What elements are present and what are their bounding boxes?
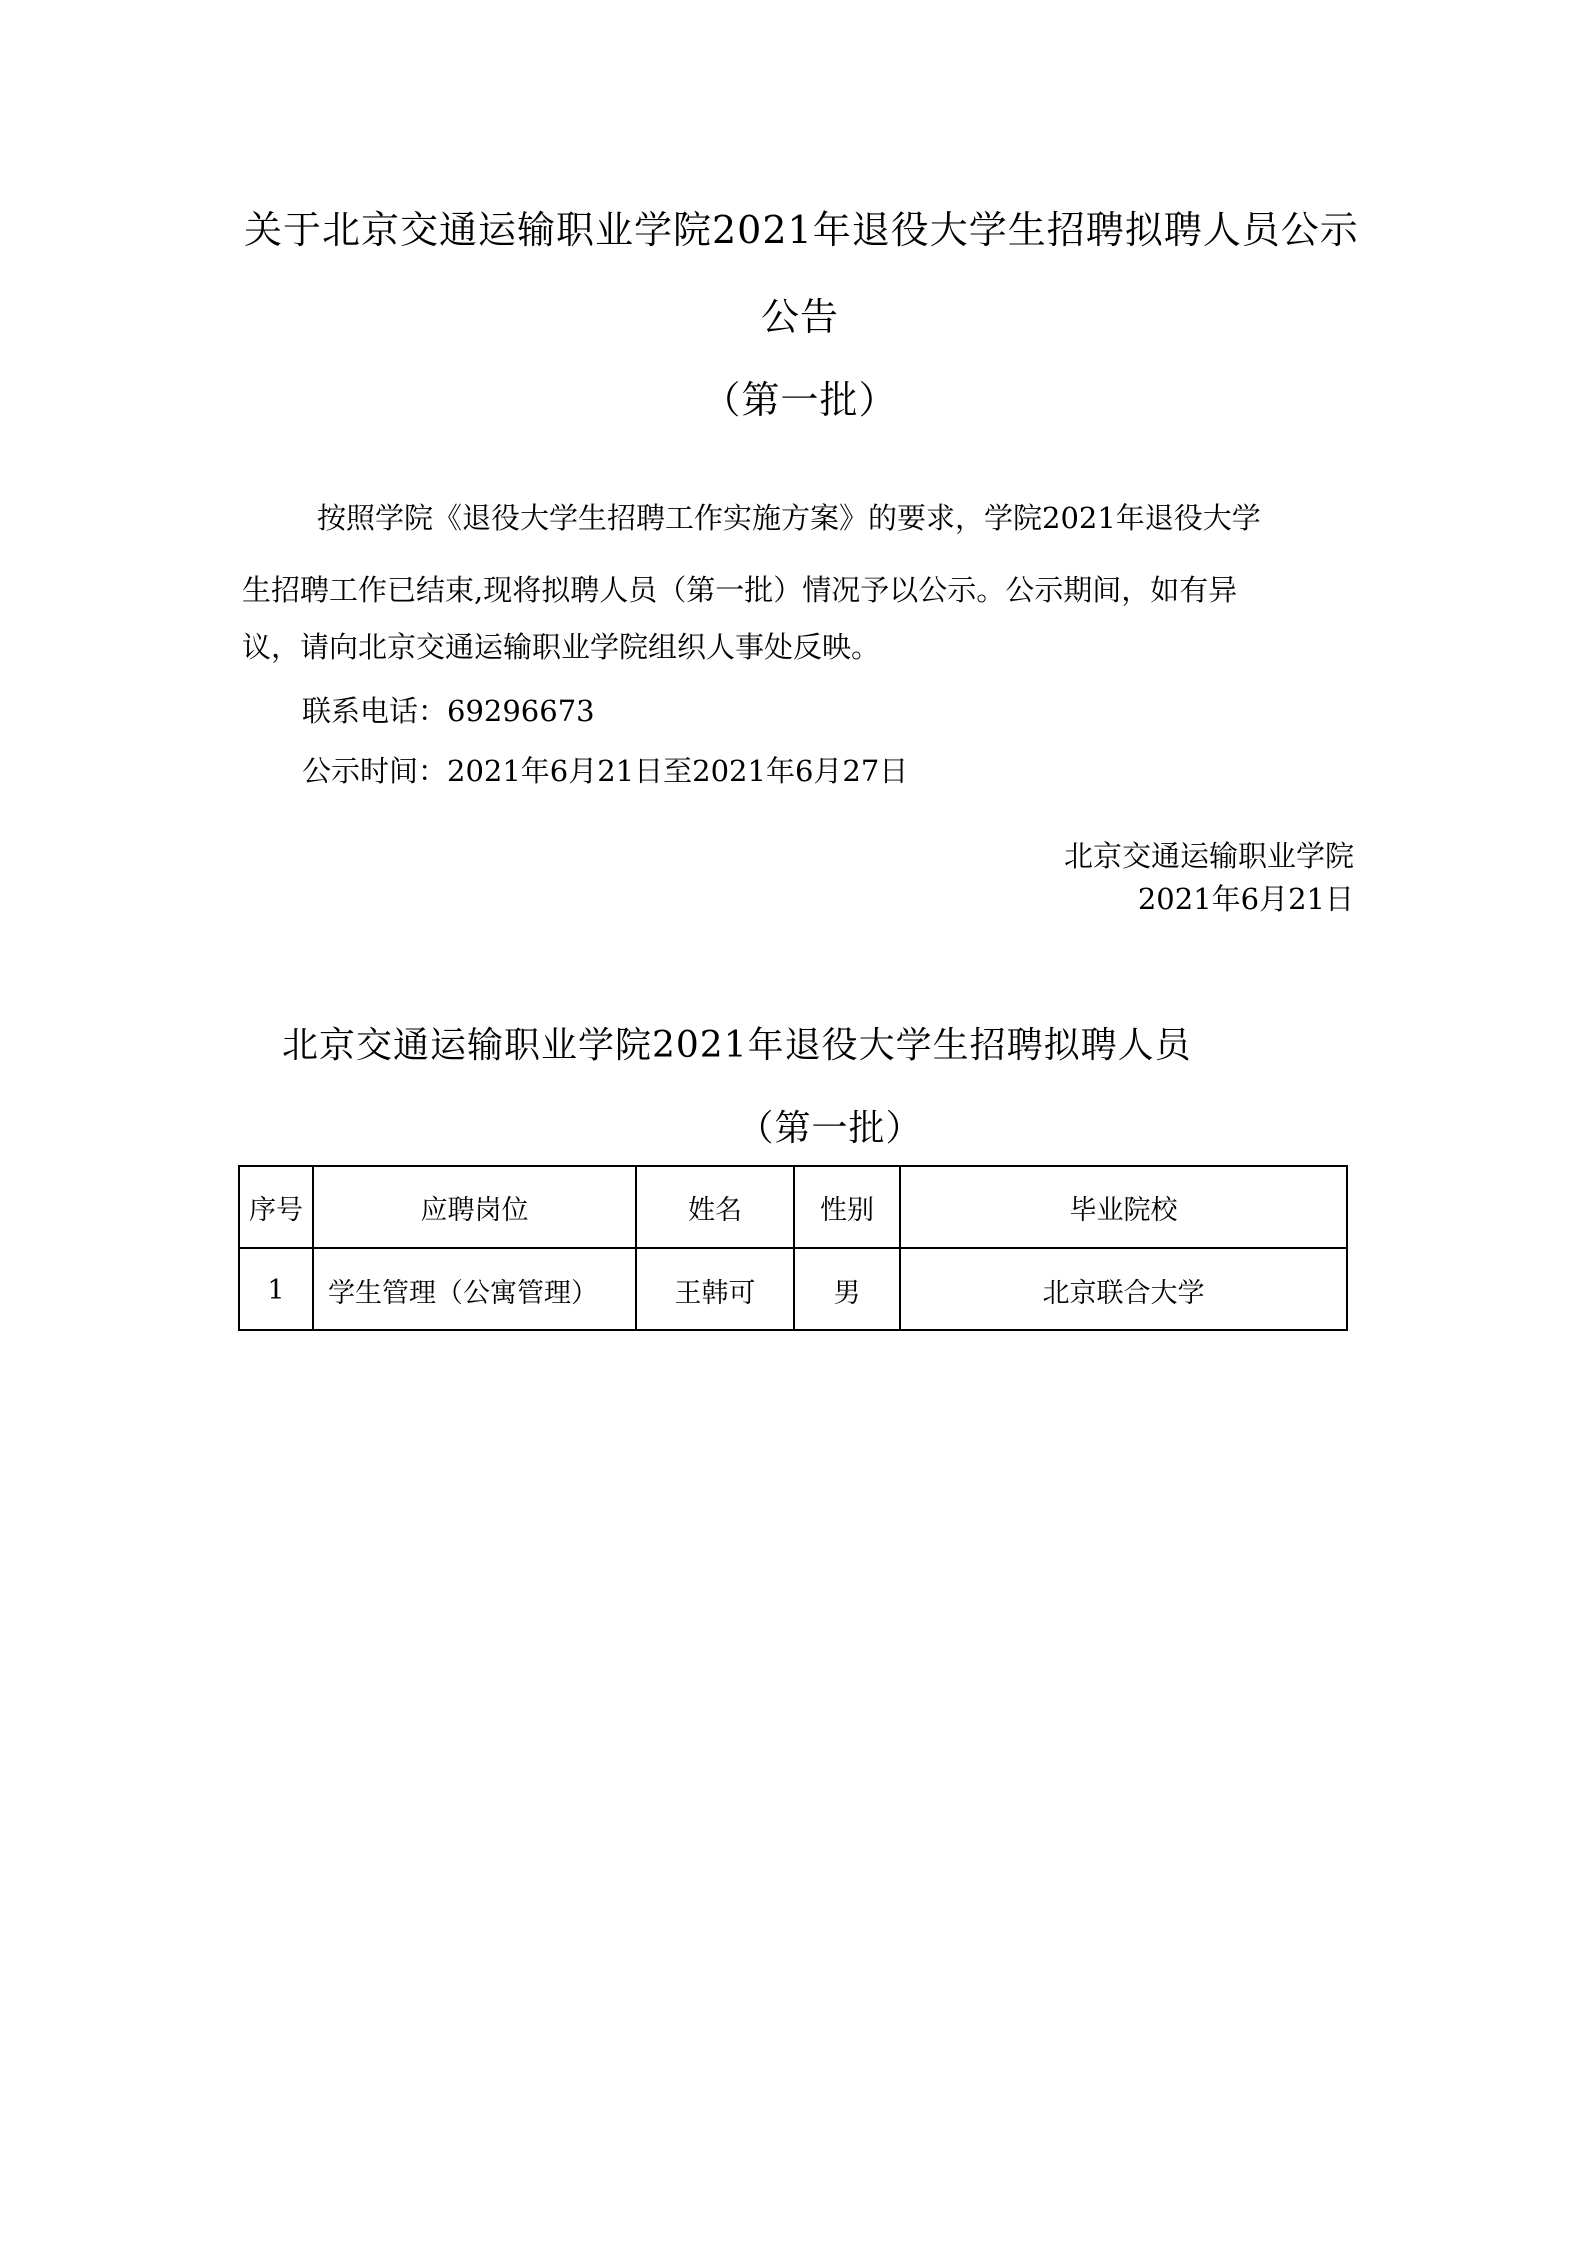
signature-organization: 北京交通运输职业学院 xyxy=(1064,839,1354,873)
cell-serial-number: 1 xyxy=(240,1249,314,1331)
cell-name: 王韩可 xyxy=(637,1249,795,1331)
header-graduated-school: 毕业院校 xyxy=(901,1167,1346,1247)
body-paragraph-line-2: 生招聘工作已结束,现将拟聘人员（第一批）情况予以公示。公示期间，如有异 xyxy=(242,573,1237,607)
cell-gender: 男 xyxy=(795,1249,901,1331)
list-subtitle-batch: （第一批） xyxy=(0,1108,1587,1150)
header-gender: 性别 xyxy=(795,1167,901,1247)
cell-graduated-school: 北京联合大学 xyxy=(901,1249,1346,1331)
header-name: 姓名 xyxy=(637,1167,795,1247)
candidates-table: 序号 应聘岗位 姓名 性别 毕业院校 1 学生管理（公寓管理） 王韩可 男 北京… xyxy=(238,1165,1348,1331)
signature-date: 2021年6月21日 xyxy=(1138,882,1354,916)
header-serial-number: 序号 xyxy=(240,1167,314,1247)
body-paragraph-line-3: 议，请向北京交通运输职业学院组织人事处反映。 xyxy=(242,630,880,664)
document-title-line-1: 关于北京交通运输职业学院2021年退役大学生招聘拟聘人员公示 xyxy=(244,208,1354,252)
cell-position: 学生管理（公寓管理） xyxy=(314,1249,637,1331)
body-paragraph-line-1: 按照学院《退役大学生招聘工作实施方案》的要求，学院2021年退役大学 xyxy=(317,501,1261,535)
document-title-batch: （第一批） xyxy=(0,378,1587,422)
table-row: 1 学生管理（公寓管理） 王韩可 男 北京联合大学 xyxy=(240,1249,1346,1331)
table-header-row: 序号 应聘岗位 姓名 性别 毕业院校 xyxy=(240,1167,1346,1249)
publicity-period: 公示时间：2021年6月21日至2021年6月27日 xyxy=(302,754,908,788)
document-title-line-2: 公告 xyxy=(0,295,1587,339)
contact-phone: 联系电话：69296673 xyxy=(302,694,595,728)
list-title: 北京交通运输职业学院2021年退役大学生招聘拟聘人员 xyxy=(282,1025,1192,1067)
header-position: 应聘岗位 xyxy=(314,1167,637,1247)
